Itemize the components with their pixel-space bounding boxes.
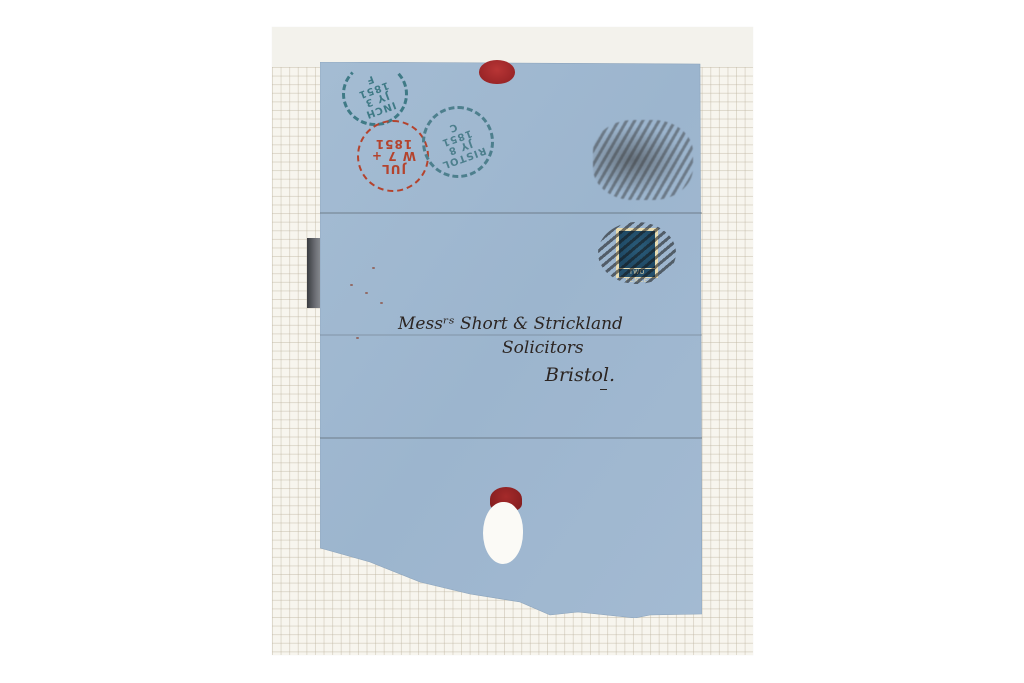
foxing-spot: [372, 267, 375, 269]
foxing-spot: [350, 284, 353, 286]
postmark-year: 1851: [371, 137, 416, 150]
seal-tear-hole: [483, 502, 523, 564]
foxing-spot: [365, 292, 368, 294]
barred-numeral-cancel: [598, 222, 676, 284]
fold-line: [320, 212, 702, 214]
postmark-month: JUL: [371, 162, 416, 175]
mount-strip-left: [307, 238, 321, 308]
address-line-addressee: Messʳˢ Short & Strickland: [398, 314, 623, 334]
address-line-city: Bristol.: [545, 364, 615, 386]
postal-cover: INCH JY 3 1851 F JUL W 7 + 1851 RISTOL J…: [320, 62, 702, 618]
album-page-header-strip: [272, 27, 753, 67]
offset-cancel-mark: [593, 120, 693, 200]
postage-stamp: TWO PENCE: [616, 228, 658, 278]
fold-line: [320, 334, 702, 336]
red-datestamp: JUL W 7 + 1851: [357, 120, 429, 192]
wax-seal-top: [479, 60, 515, 84]
address-line-profession: Solicitors: [502, 338, 584, 358]
foxing-spot: [356, 337, 359, 339]
postmark-day: W 7 +: [371, 150, 416, 163]
fold-line: [320, 437, 702, 439]
foxing-spot: [380, 302, 383, 304]
blue-datestamp-right: RISTOL JY 8 1851 C: [422, 106, 494, 178]
blue-datestamp-left: INCH JY 3 1851 F: [342, 62, 408, 126]
